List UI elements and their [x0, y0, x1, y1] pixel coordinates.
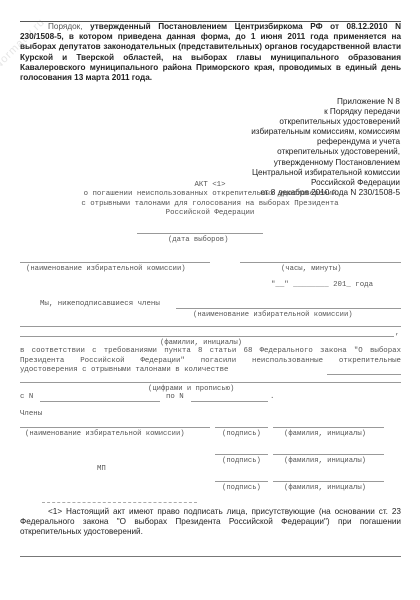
- from-number-field[interactable]: [40, 401, 160, 402]
- signature-caption-2: (подпись): [222, 457, 261, 465]
- signature-field-1[interactable]: [215, 427, 268, 428]
- election-date-field[interactable]: [137, 233, 263, 234]
- commission-name-caption: (наименование избирательной комиссии): [26, 265, 186, 273]
- signature-caption-1: (подпись): [222, 430, 261, 438]
- names-caption: (фамилии, инициалы): [160, 339, 242, 347]
- signature-field-3[interactable]: [215, 481, 268, 482]
- from-number-label: с N: [20, 393, 33, 401]
- period: .: [270, 393, 274, 401]
- member-names-field-1[interactable]: [20, 326, 401, 327]
- appendix-line: утвержденному Постановлением: [170, 158, 400, 168]
- appendix-line: к Порядку передачи: [170, 107, 400, 117]
- bottom-rule: [20, 556, 401, 557]
- commission-name-field-2[interactable]: [176, 308, 401, 309]
- appendix-line: открепительных удостоверений,: [170, 147, 400, 157]
- surname-field-2[interactable]: [273, 454, 384, 455]
- comma: ,: [395, 329, 399, 337]
- appendix-line: Приложение N 8: [170, 97, 400, 107]
- signature-caption-3: (подпись): [222, 484, 261, 492]
- commission-name-field[interactable]: [20, 262, 210, 263]
- act-body-text: в соответствии с требованиями пункта 8 с…: [20, 347, 401, 376]
- footnote-text: <1> Настоящий акт имеют право подписать …: [20, 507, 401, 538]
- sign-commission-caption: (наименование избирательной комиссии): [25, 430, 185, 438]
- amount-field[interactable]: [20, 382, 401, 383]
- preamble-intro: Порядок,: [48, 22, 83, 31]
- appendix-line: Центральной избирательной комиссии: [170, 168, 400, 178]
- surname-caption-3: (фамилия, инициалы): [284, 484, 366, 492]
- act-subtitle-line: о погашении неиспользованных открепитель…: [40, 190, 380, 199]
- sign-commission-field[interactable]: [20, 427, 210, 428]
- act-title: АКТ <1>: [40, 181, 380, 190]
- surname-caption-2: (фамилия, инициалы): [284, 457, 366, 465]
- signature-field-2[interactable]: [215, 454, 268, 455]
- appendix-line: избирательным комиссиям, комиссиям: [170, 127, 400, 137]
- surname-field-1[interactable]: [273, 427, 384, 428]
- we-members-label: Мы, нижеподписавшиеся члены: [40, 300, 160, 308]
- footnote-separator: [42, 502, 197, 503]
- commission-name-caption-2: (наименование избирательной комиссии): [193, 311, 353, 319]
- act-date-field[interactable]: "__" ________ 201_ года: [271, 281, 373, 289]
- preamble-note: Порядок, утвержденный Постановлением Цен…: [20, 21, 401, 83]
- member-names-field-2[interactable]: [20, 336, 394, 337]
- stamp-label: МП: [97, 465, 106, 473]
- amount-caption: (цифрами и прописью): [148, 385, 234, 393]
- election-date-caption: (дата выборов): [168, 236, 228, 244]
- time-caption: (часы, минуты): [281, 265, 341, 273]
- appendix-line: референдума и учета: [170, 137, 400, 147]
- surname-caption-1: (фамилия, инициалы): [284, 430, 366, 438]
- act-title-block: АКТ <1> о погашении неиспользованных отк…: [40, 181, 380, 218]
- members-label: Члены: [20, 410, 42, 418]
- appendix-line: открепительных удостоверений: [170, 117, 400, 127]
- to-number-field[interactable]: [191, 401, 268, 402]
- act-subtitle-line: Российской Федерации: [40, 209, 380, 218]
- time-field[interactable]: [240, 262, 401, 263]
- act-subtitle-line: с отрывными талонами для голосования на …: [40, 200, 380, 209]
- amount-field-short[interactable]: [327, 374, 401, 375]
- surname-field-3[interactable]: [273, 481, 384, 482]
- to-number-label: по N: [166, 393, 184, 401]
- preamble-text: Порядок, утвержденный Постановлением Цен…: [20, 22, 401, 83]
